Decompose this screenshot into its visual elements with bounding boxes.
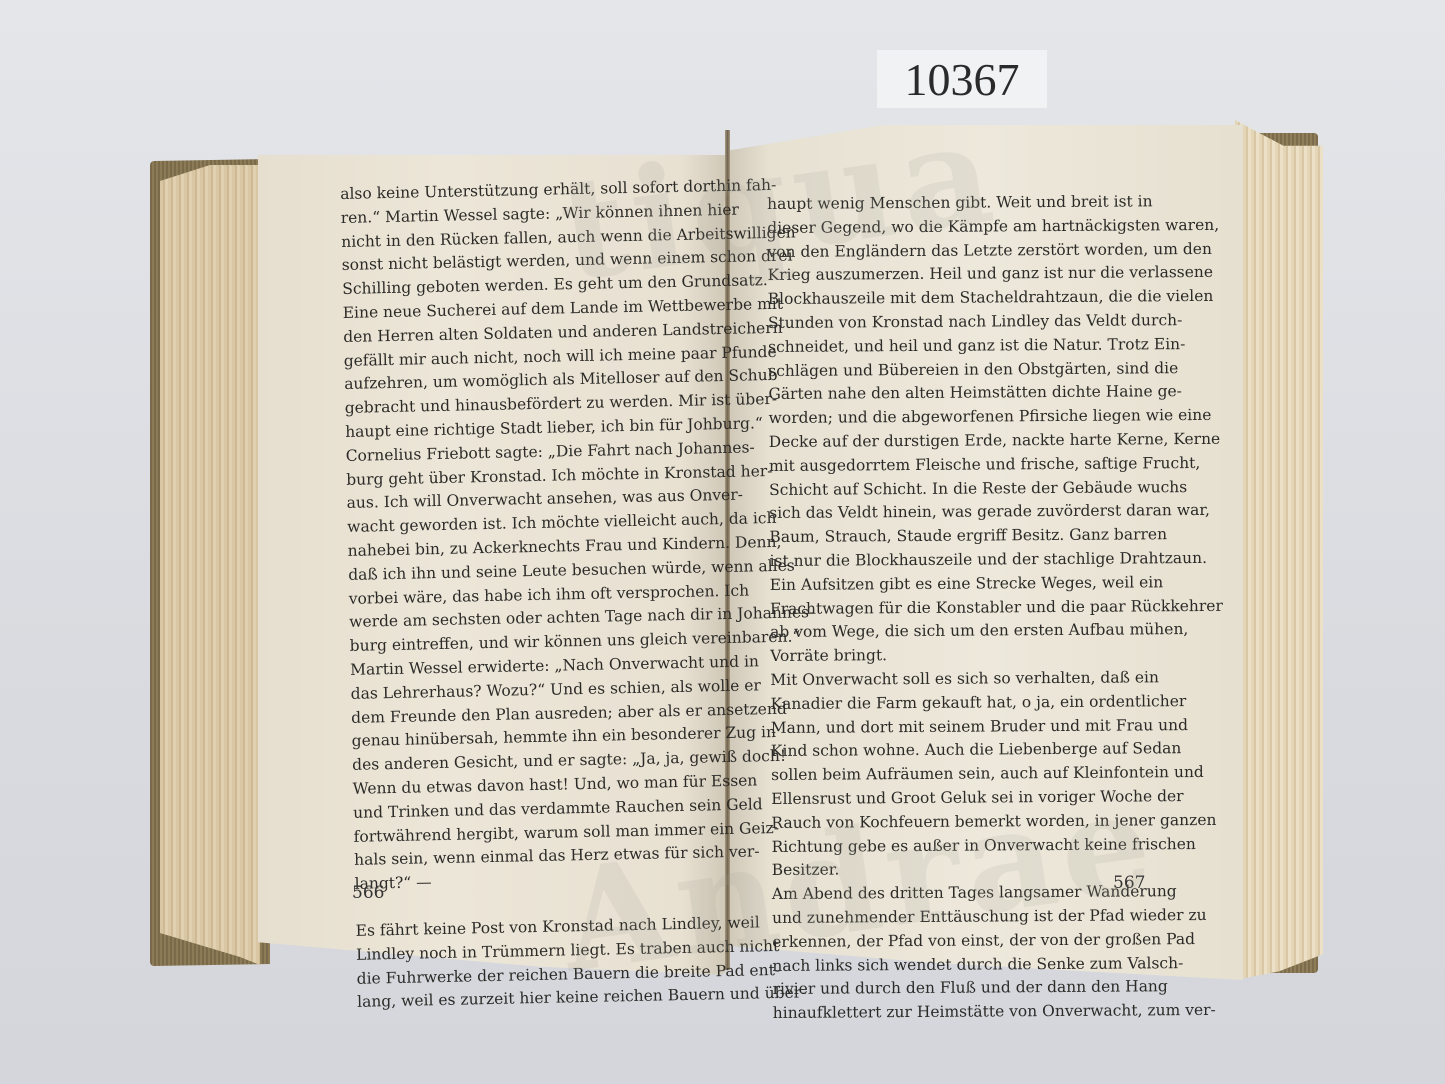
text-line: Vorräte bringt.	[770, 642, 1150, 668]
text-line: ab vom Wege, die sich um den ersten Aufb…	[770, 619, 1150, 645]
left-page-text: also keine Unterstützung erhält, soll so…	[340, 175, 737, 1015]
text-line: dieser Gegend, wo die Kämpfe am hartnäck…	[767, 214, 1147, 240]
text-line: Ellensrust und Groot Geluk sei in vorige…	[771, 785, 1151, 811]
page-number-left: 566	[352, 883, 384, 903]
text-line: erkennen, der Pfad von einst, der von de…	[772, 928, 1152, 954]
text-line: Krieg auszumerzen. Heil und ganz ist nur…	[767, 262, 1147, 288]
text-line: Am Abend des dritten Tages langsamer Wan…	[772, 880, 1152, 906]
text-line: von den Engländern das Letzte zerstört w…	[767, 238, 1147, 264]
text-line: Kanadier die Farm gekauft hat, o ja, ein…	[770, 690, 1150, 716]
text-line: Gärten nahe den alten Heimstätten dichte…	[768, 381, 1148, 407]
text-line: Richtung gebe es außer in Onverwacht kei…	[771, 833, 1151, 859]
text-line: sich das Veldt hinein, was gerade zuvörd…	[769, 500, 1149, 526]
text-line: Mit Onverwacht soll es sich so verhalten…	[770, 666, 1150, 692]
text-line: Blockhauszeile mit dem Stacheldrahtzaun,…	[768, 286, 1148, 312]
text-line: schneidet, und heil und ganz ist die Nat…	[768, 333, 1148, 359]
inventory-number-label: 10367	[877, 50, 1047, 108]
text-line: Mann, und dort mit seinem Bruder und mit…	[771, 714, 1151, 740]
text-line: Rauch von Kochfeuern bemerkt worden, in …	[771, 809, 1151, 835]
text-line: mit ausgedorrtem Fleische und frische, s…	[769, 452, 1149, 478]
page-number-right: 567	[1113, 873, 1145, 893]
text-line: sollen beim Aufräumen sein, auch auf Kle…	[771, 761, 1151, 787]
text-line: rivier und durch den Fluß und der dann d…	[772, 976, 1152, 1002]
text-line: worden; und die abgeworfenen Pfirsiche l…	[768, 405, 1148, 431]
text-line: Frachtwagen für die Konstabler und die p…	[770, 595, 1150, 621]
text-line: Kind schon wohne. Auch die Liebenberge a…	[771, 738, 1151, 764]
text-line: Stunden von Kronstad nach Lindley das Ve…	[768, 309, 1148, 335]
text-line: Schicht auf Schicht. In die Reste der Ge…	[769, 476, 1149, 502]
text-line: und zunehmender Enttäuschung ist der Pfa…	[772, 904, 1152, 930]
right-page-text: haupt wenig Menschen gibt. Weit und brei…	[767, 190, 1153, 1026]
text-line: nach links sich wendet durch die Senke z…	[772, 952, 1152, 978]
text-line: ist nur die Blockhauszeile und der stach…	[769, 547, 1149, 573]
page-block-edge-left	[160, 165, 260, 965]
text-line: Decke auf der durstigen Erde, nackte har…	[769, 428, 1149, 454]
text-line: hinaufklettert zur Heimstätte von Onverw…	[773, 999, 1153, 1025]
text-line: Besitzer.	[772, 857, 1152, 883]
page-block-edge-right	[1235, 120, 1323, 980]
text-line: haupt wenig Menschen gibt. Weit und brei…	[767, 190, 1147, 216]
text-line: Ein Aufsitzen gibt es eine Strecke Weges…	[770, 571, 1150, 597]
text-line: Baum, Strauch, Staude ergriff Besitz. Ga…	[769, 523, 1149, 549]
text-line: schlägen und Bübereien in den Obstgärten…	[768, 357, 1148, 383]
